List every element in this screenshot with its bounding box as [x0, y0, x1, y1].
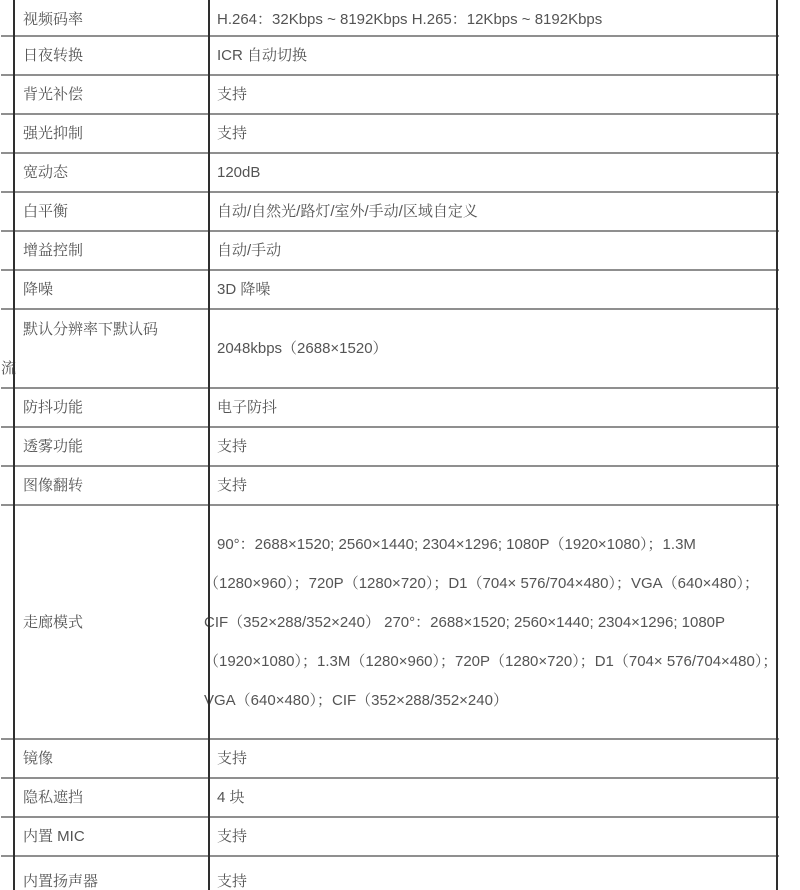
spec-value-cell: 4 块 — [208, 779, 779, 816]
spec-value: 电子防抖 — [204, 388, 779, 427]
spec-value: 3D 降噪 — [204, 270, 779, 309]
spec-label-cell: 图像翻转 — [1, 467, 208, 504]
spec-label-cell: 增益控制 — [1, 232, 208, 269]
spec-label: 宽动态 — [1, 153, 166, 192]
spec-row-white-balance: 白平衡 自动/自然光/路灯/室外/手动/区域自定义 — [1, 193, 779, 232]
spec-value-cell: 90°：2688×1520; 2560×1440; 2304×1296; 108… — [208, 506, 779, 738]
spec-value: 自动/手动 — [204, 231, 779, 270]
spec-table: 视频码率 H.264：32Kbps ~ 8192Kbps H.265：12Kbp… — [1, 0, 779, 890]
spec-row-builtin-mic: 内置 MIC 支持 — [1, 818, 779, 857]
spec-label-cell: 内置扬声器 — [1, 857, 208, 890]
spec-label-cell: 防抖功能 — [1, 389, 208, 426]
spec-value: 支持 — [204, 427, 779, 466]
spec-label-cell: 走廊模式 — [1, 506, 208, 738]
spec-row-hlc: 强光抑制 支持 — [1, 115, 779, 154]
spec-label: 默认分辨率下默认码流 — [1, 310, 166, 388]
spec-value-cell: 支持 — [208, 740, 779, 777]
spec-label-cell: 默认分辨率下默认码流 — [1, 310, 208, 387]
table-right-border-line — [776, 0, 778, 890]
spec-row-corridor-mode: 走廊模式 90°：2688×1520; 2560×1440; 2304×1296… — [1, 506, 779, 740]
spec-row-day-night: 日夜转换 ICR 自动切换 — [1, 37, 779, 76]
spec-label: 防抖功能 — [1, 388, 166, 427]
spec-row-blc: 背光补偿 支持 — [1, 76, 779, 115]
spec-label: 内置 MIC — [1, 817, 166, 856]
spec-value: 90°：2688×1520; 2560×1440; 2304×1296; 108… — [204, 525, 779, 720]
spec-label-cell: 透雾功能 — [1, 428, 208, 465]
spec-label: 镜像 — [1, 739, 166, 778]
table-column-divider-line — [208, 0, 210, 890]
spec-value: 支持 — [204, 739, 779, 778]
spec-value-cell: 3D 降噪 — [208, 271, 779, 308]
spec-label: 日夜转换 — [1, 36, 166, 75]
spec-label: 隐私遮挡 — [1, 778, 166, 817]
spec-row-wdr: 宽动态 120dB — [1, 154, 779, 193]
spec-value: 120dB — [204, 153, 779, 192]
spec-row-default-bitrate: 默认分辨率下默认码流 2048kbps（2688×1520） — [1, 310, 779, 389]
spec-value: 4 块 — [204, 778, 779, 817]
spec-value-cell: 自动/自然光/路灯/室外/手动/区域自定义 — [208, 193, 779, 230]
spec-value: 支持 — [204, 466, 779, 505]
spec-row-defog: 透雾功能 支持 — [1, 428, 779, 467]
spec-label-cell: 隐私遮挡 — [1, 779, 208, 816]
spec-label-cell: 宽动态 — [1, 154, 208, 191]
spec-value: 支持 — [204, 817, 779, 856]
spec-value: 2048kbps（2688×1520） — [204, 329, 779, 368]
spec-row-stabilization: 防抖功能 电子防抖 — [1, 389, 779, 428]
spec-value-cell: 电子防抖 — [208, 389, 779, 426]
spec-value: 支持 — [204, 75, 779, 114]
spec-label-cell: 镜像 — [1, 740, 208, 777]
spec-value-cell: 支持 — [208, 115, 779, 152]
spec-value-cell: 120dB — [208, 154, 779, 191]
spec-label-cell: 强光抑制 — [1, 115, 208, 152]
spec-row-privacy-mask: 隐私遮挡 4 块 — [1, 779, 779, 818]
spec-label: 内置扬声器 — [1, 874, 166, 890]
spec-label: 背光补偿 — [1, 75, 166, 114]
spec-value-cell: 2048kbps（2688×1520） — [208, 310, 779, 387]
spec-label: 图像翻转 — [1, 466, 166, 505]
spec-label: 透雾功能 — [1, 427, 166, 466]
spec-label-cell: 视频码率 — [1, 0, 208, 35]
spec-label: 走廊模式 — [1, 603, 166, 642]
spec-label-cell: 降噪 — [1, 271, 208, 308]
table-left-border-line — [13, 0, 15, 890]
spec-row-builtin-speaker: 内置扬声器 支持 — [1, 857, 779, 890]
spec-value-cell: 支持 — [208, 428, 779, 465]
spec-value: ICR 自动切换 — [204, 36, 779, 75]
spec-label: 视频码率 — [1, 5, 166, 35]
spec-value: 支持 — [204, 114, 779, 153]
spec-value: H.264：32Kbps ~ 8192Kbps H.265：12Kbps ~ 8… — [204, 5, 779, 35]
spec-row-gain-control: 增益控制 自动/手动 — [1, 232, 779, 271]
spec-label-cell: 白平衡 — [1, 193, 208, 230]
spec-value-cell: 支持 — [208, 76, 779, 113]
spec-label-cell: 背光补偿 — [1, 76, 208, 113]
spec-label: 降噪 — [1, 270, 166, 309]
spec-label-cell: 内置 MIC — [1, 818, 208, 855]
spec-value: 自动/自然光/路灯/室外/手动/区域自定义 — [204, 192, 779, 231]
spec-value: 支持 — [204, 874, 779, 890]
spec-row-mirror: 镜像 支持 — [1, 740, 779, 779]
spec-label: 强光抑制 — [1, 114, 166, 153]
spec-value-cell: 支持 — [208, 857, 779, 890]
spec-label: 白平衡 — [1, 192, 166, 231]
spec-value-cell: 支持 — [208, 818, 779, 855]
spec-value-cell: H.264：32Kbps ~ 8192Kbps H.265：12Kbps ~ 8… — [208, 0, 779, 35]
spec-label: 增益控制 — [1, 231, 166, 270]
spec-row-video-bitrate: 视频码率 H.264：32Kbps ~ 8192Kbps H.265：12Kbp… — [1, 0, 779, 37]
spec-table-rows: 视频码率 H.264：32Kbps ~ 8192Kbps H.265：12Kbp… — [1, 0, 779, 890]
spec-row-noise-reduction: 降噪 3D 降噪 — [1, 271, 779, 310]
spec-label-cell: 日夜转换 — [1, 37, 208, 74]
spec-value-cell: ICR 自动切换 — [208, 37, 779, 74]
spec-row-image-flip: 图像翻转 支持 — [1, 467, 779, 506]
spec-value-cell: 支持 — [208, 467, 779, 504]
spec-value-cell: 自动/手动 — [208, 232, 779, 269]
